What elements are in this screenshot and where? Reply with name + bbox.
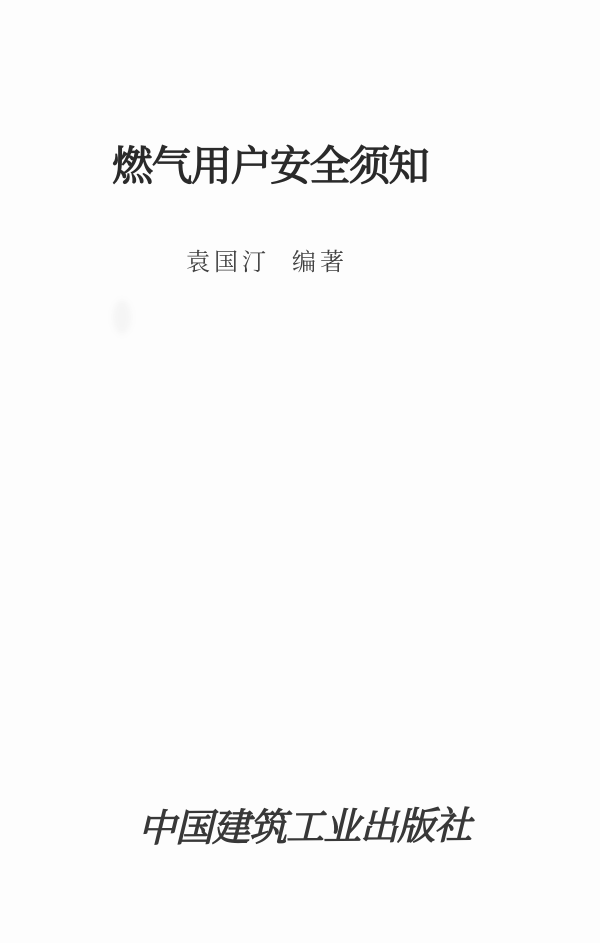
author-name: 袁国汀: [186, 250, 270, 278]
author-role: 编著: [292, 250, 348, 278]
publisher-imprint: 中国建筑工业出版社: [138, 805, 471, 853]
scan-smudge-artifact: [113, 300, 131, 334]
book-title: 燃气用户安全须知: [112, 146, 428, 187]
author-line: 袁国汀 编著: [186, 250, 348, 278]
book-title-page: 燃气用户安全须知 袁国汀 编著 中国建筑工业出版社: [0, 0, 600, 943]
